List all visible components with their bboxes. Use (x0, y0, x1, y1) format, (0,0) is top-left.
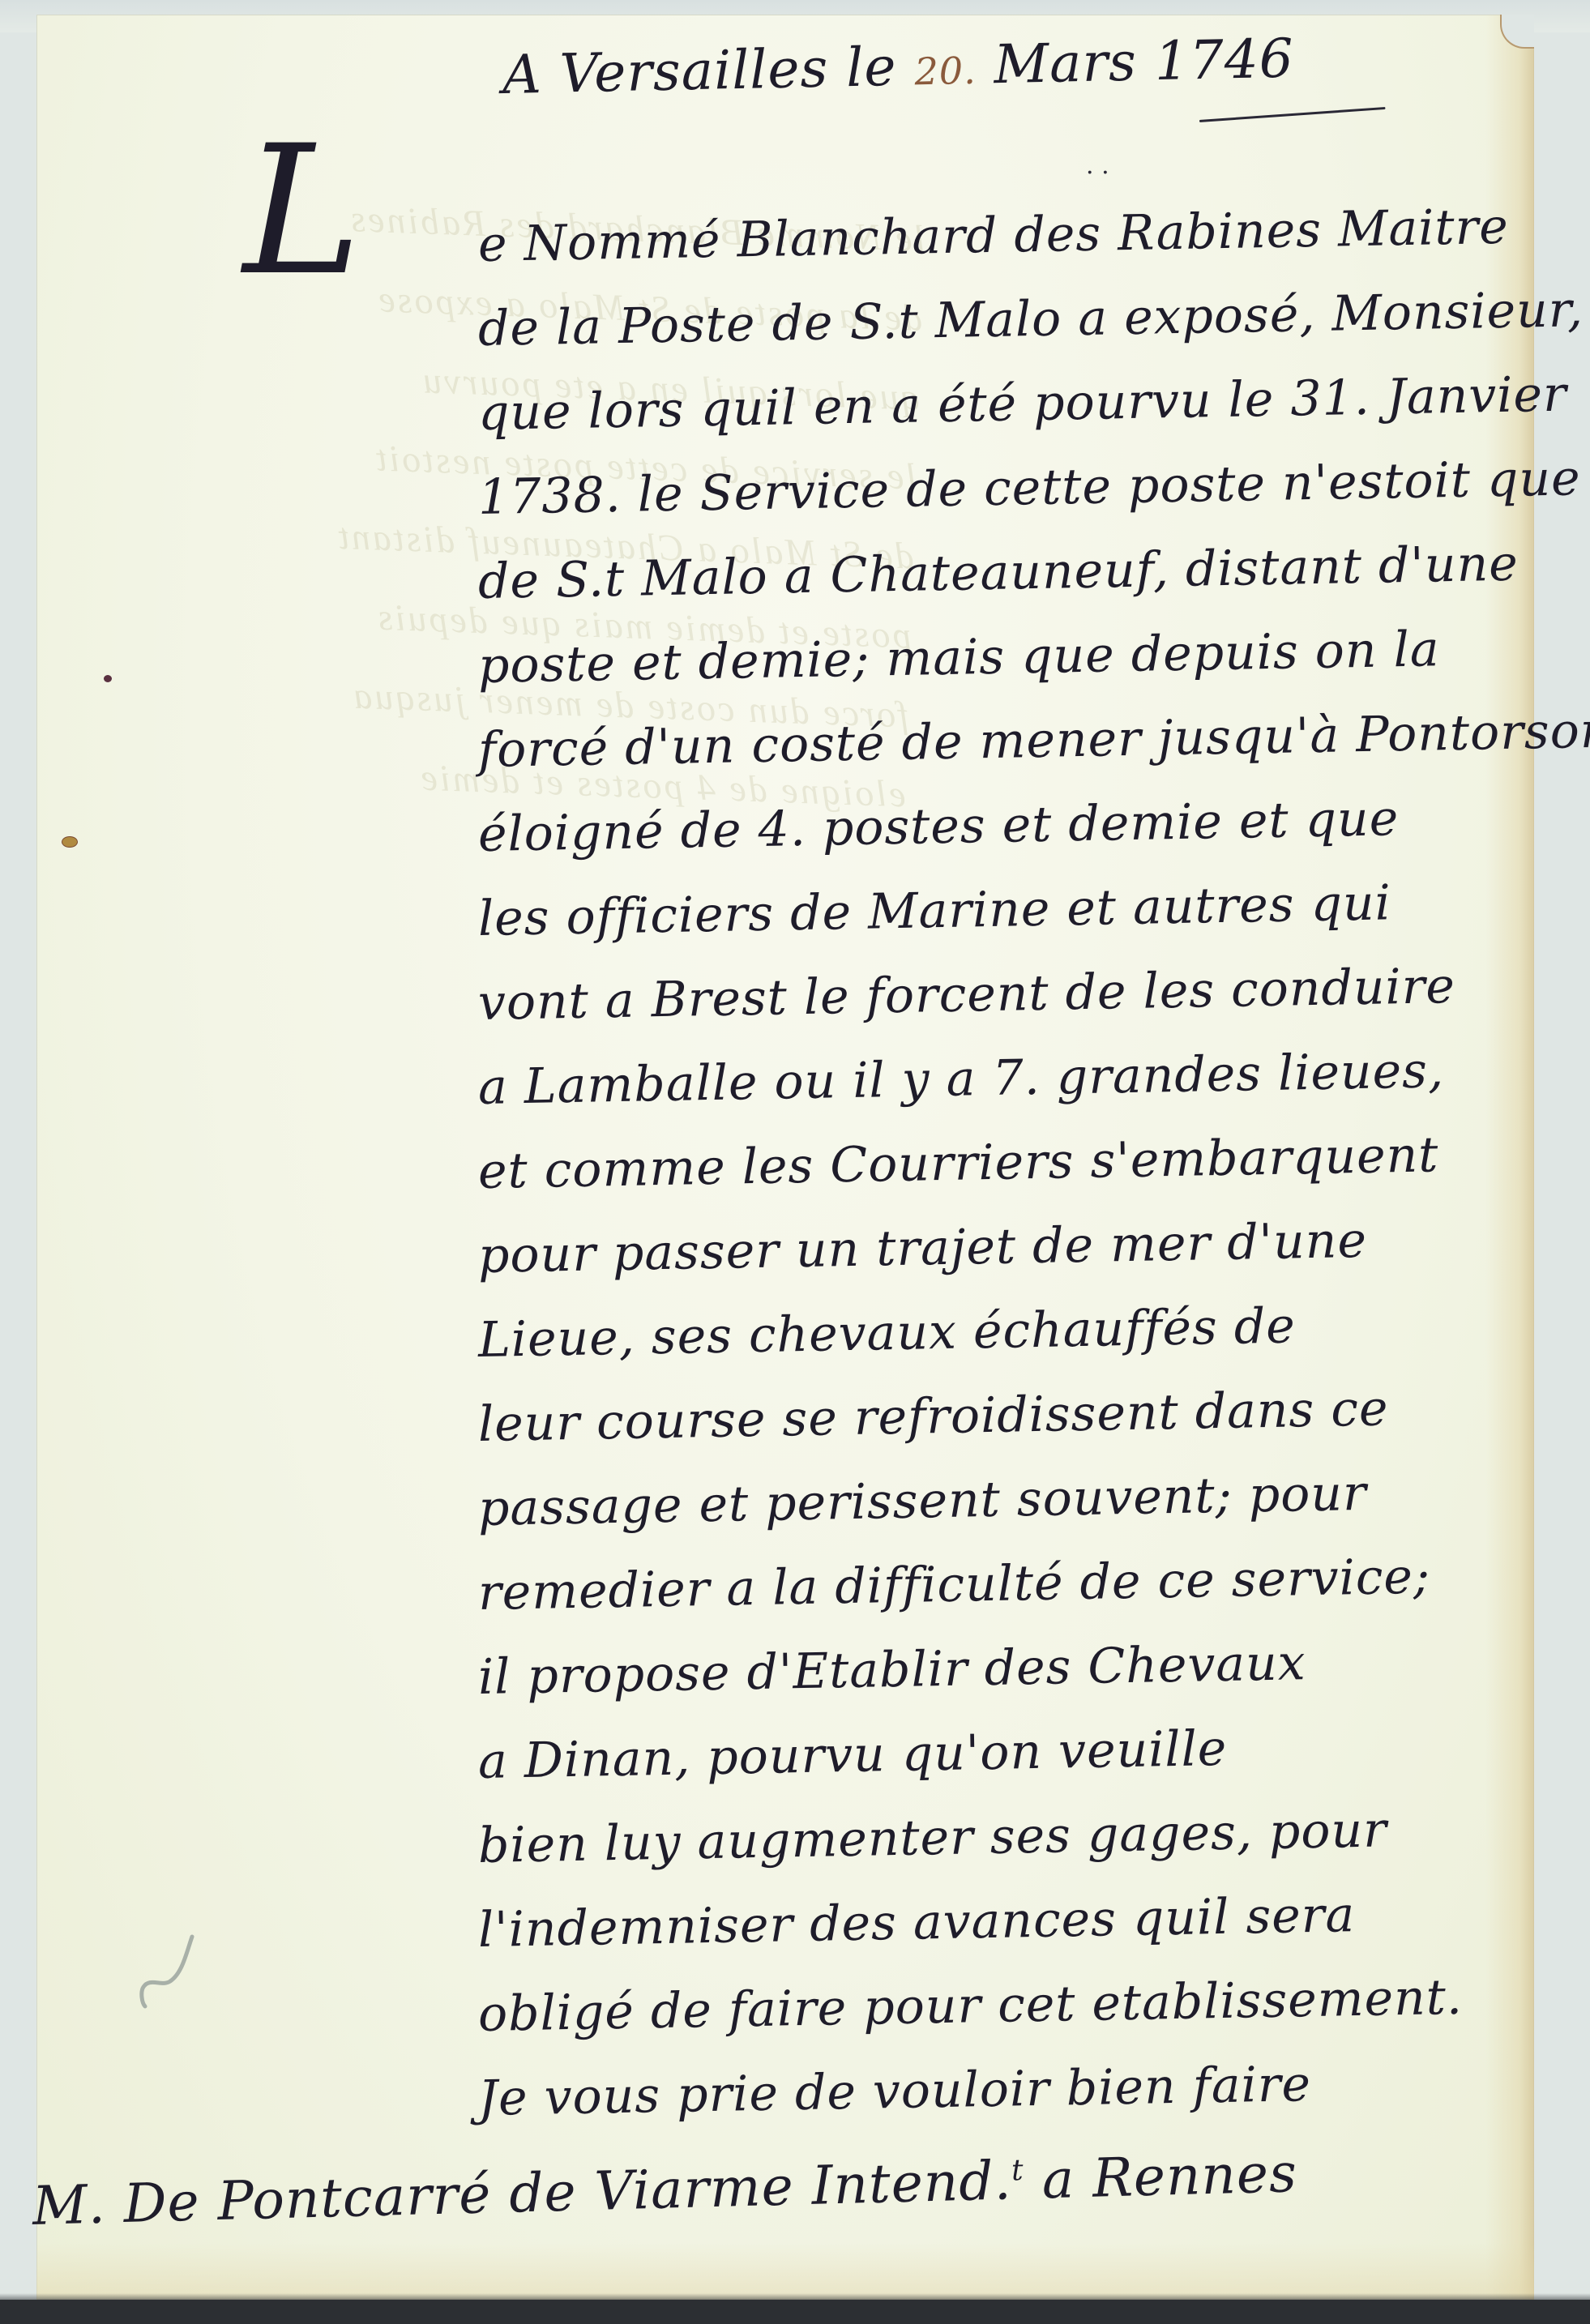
aged-paper-edge-bottom (36, 2243, 1534, 2300)
addressee-title-superscript: t (1011, 2154, 1025, 2187)
date-day: 20. (914, 49, 977, 94)
stain-spot (62, 836, 78, 848)
addressee-location: a Rennes (1041, 2142, 1298, 2211)
decorative-initial: L (243, 122, 361, 300)
date-dots: · · (1086, 159, 1109, 187)
pencil-mark (126, 1929, 207, 2026)
date-month-year: Mars 1746 (994, 28, 1295, 96)
body-line: Je vous prie de vouloir bien faire (477, 2039, 1500, 2141)
scan-bottom-border (0, 2300, 1590, 2324)
ink-spot (104, 675, 112, 682)
letter-body: e Nommé Blanchard des Rabines Maitre de … (478, 203, 1499, 2141)
addressee-title: Intend. (811, 2149, 1013, 2216)
date-place: A Versailles le (502, 36, 897, 106)
letter-date-line: A Versailles le 20. Mars 1746 (502, 32, 1294, 102)
